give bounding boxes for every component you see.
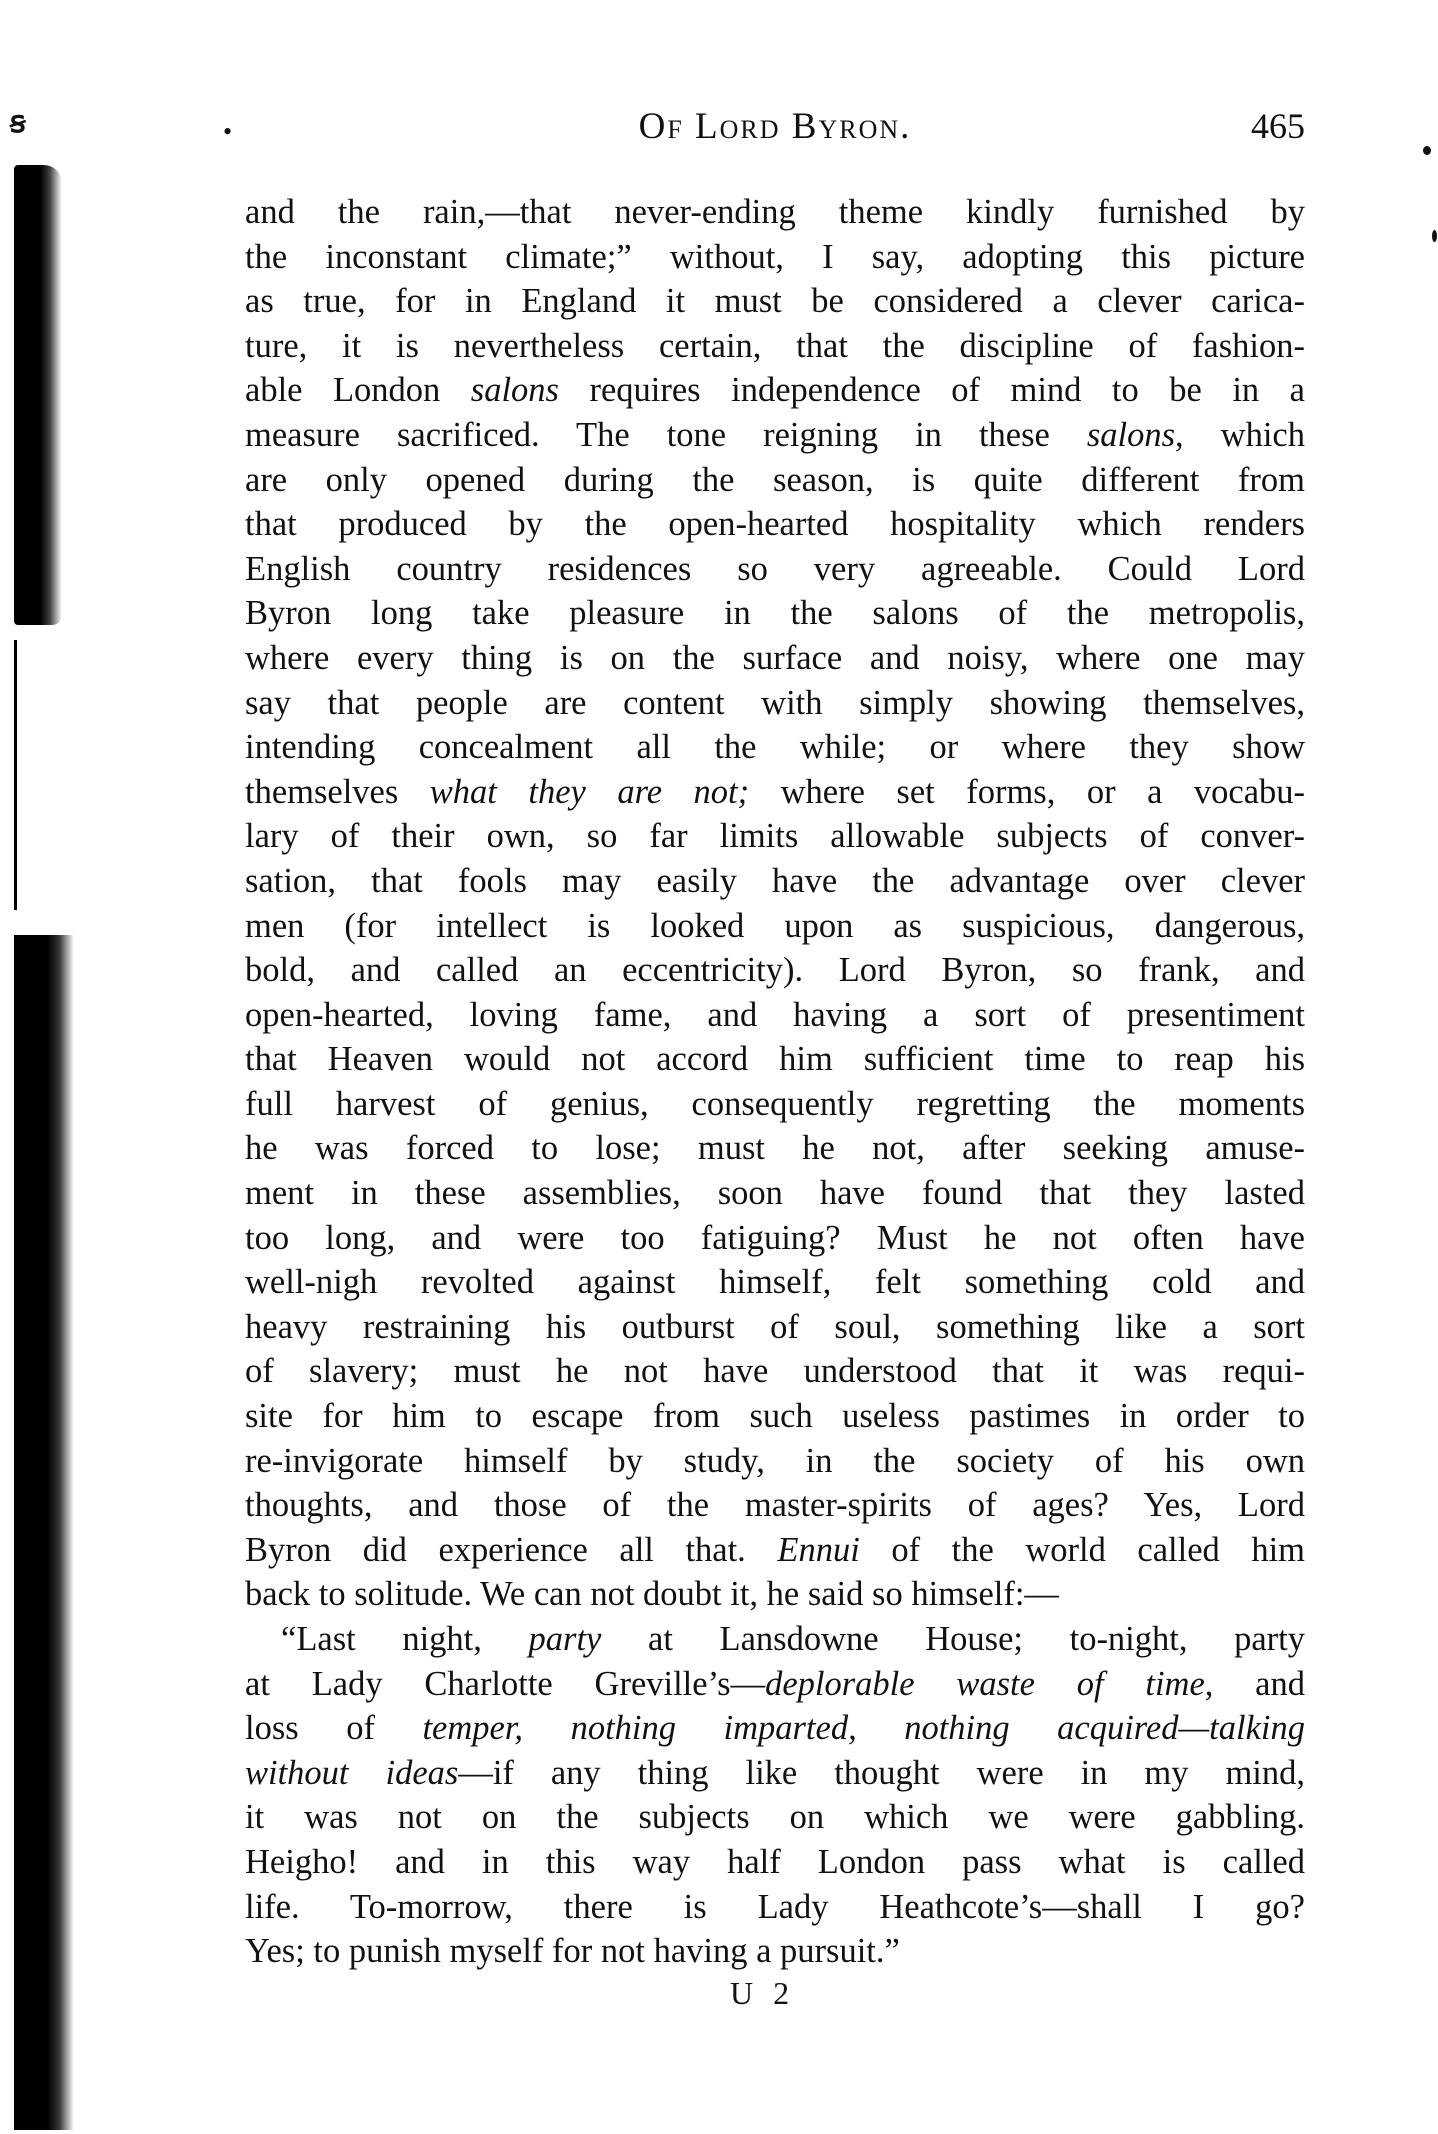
text-segment: sation, that fools may easily have the a… (245, 862, 1305, 900)
text-segment: are only opened during the season, is qu… (245, 461, 1305, 499)
italic-text: temper, nothing imparted, nothing acquir… (422, 1709, 1305, 1747)
binding-mark-glyph: ꞩ (10, 105, 26, 140)
text-line: sation, that fools may easily have the a… (245, 859, 1305, 904)
text-line: measure sacrificed. The tone reigning in… (245, 413, 1305, 458)
text-segment: open-hearted, loving fame, and having a … (245, 996, 1305, 1034)
text-line: re-invigorate himself by study, in the s… (245, 1439, 1305, 1484)
italic-text: salons (471, 371, 559, 409)
text-segment: able London (245, 371, 471, 409)
text-line: are only opened during the season, is qu… (245, 458, 1305, 503)
header-speck: • (223, 117, 232, 147)
text-line: where every thing is on the surface and … (245, 636, 1305, 681)
text-segment: he was forced to lose; must he not, afte… (245, 1129, 1305, 1167)
text-segment: bold, and called an eccentricity). Lord … (245, 951, 1305, 989)
text-line: men (for intellect is looked upon as sus… (245, 904, 1305, 949)
text-line: lary of their own, so far limits allowab… (245, 814, 1305, 859)
text-segment: English country residences so very agree… (245, 550, 1305, 588)
text-line: thoughts, and those of the master-spirit… (245, 1483, 1305, 1528)
text-segment: it was not on the subjects on which we w… (245, 1798, 1305, 1836)
text-segment: of slavery; must he not have understood … (245, 1352, 1305, 1390)
text-line: English country residences so very agree… (245, 547, 1305, 592)
italic-text: salons (1087, 416, 1175, 454)
text-line: site for him to escape from such useless… (245, 1394, 1305, 1439)
text-segment: re-invigorate himself by study, in the s… (245, 1442, 1305, 1480)
text-line: Byron did experience all that. Ennui of … (245, 1528, 1305, 1573)
text-line: too long, and were too fatiguing? Must h… (245, 1216, 1305, 1261)
text-line: open-hearted, loving fame, and having a … (245, 993, 1305, 1038)
text-line: intending concealment all the while; or … (245, 725, 1305, 770)
scan-binding-edge: ꞩ (14, 135, 74, 2130)
signature-mark: U 2 (730, 1975, 795, 2012)
text-segment: , which (1175, 416, 1305, 454)
italic-text: what they are not; (430, 773, 749, 811)
margin-speck (1423, 146, 1431, 155)
binding-shadow-bottom (14, 935, 74, 2130)
text-line: well-nigh revolted against himself, felt… (245, 1260, 1305, 1305)
text-segment: “Last night, (281, 1620, 529, 1658)
text-line: loss of temper, nothing imparted, nothin… (245, 1706, 1305, 1751)
text-segment: that produced by the open-hearted hospit… (245, 505, 1305, 543)
italic-text: party (529, 1620, 602, 1658)
text-segment: Heigho! and in this way half London pass… (245, 1843, 1305, 1881)
text-segment: lary of their own, so far limits allowab… (245, 817, 1305, 855)
text-segment: where set forms, or a vocabu- (749, 773, 1305, 811)
text-line: ment in these assemblies, soon have foun… (245, 1171, 1305, 1216)
text-line: Byron long take pleasure in the salons o… (245, 591, 1305, 636)
text-segment: and the rain,—that never-ending theme ki… (245, 193, 1305, 231)
italic-text: deplorable waste of time (765, 1665, 1205, 1703)
text-line: that produced by the open-hearted hospit… (245, 502, 1305, 547)
text-segment: ment in these assemblies, soon have foun… (245, 1174, 1305, 1212)
text-segment: men (for intellect is looked upon as sus… (245, 907, 1305, 945)
text-line: life. To-morrow, there is Lady Heathcote… (245, 1885, 1305, 1930)
text-line: that Heaven would not accord him suffici… (245, 1037, 1305, 1082)
text-line: at Lady Charlotte Greville’s—deplorable … (245, 1662, 1305, 1707)
text-segment: thoughts, and those of the master-spirit… (245, 1486, 1305, 1524)
text-line: he was forced to lose; must he not, afte… (245, 1126, 1305, 1171)
text-segment: Yes; to punish myself for not having a p… (245, 1932, 900, 1970)
text-segment: life. To-morrow, there is Lady Heathcote… (245, 1888, 1305, 1926)
page-number: 465 (1251, 105, 1305, 147)
text-segment: Byron did experience all that. (245, 1531, 777, 1569)
running-title: Of Lord Byron. (245, 105, 1305, 148)
text-line: without ideas—if any thing like thought … (245, 1751, 1305, 1796)
binding-shadow-top (14, 165, 62, 625)
text-segment: —if any thing like thought were in my mi… (458, 1754, 1305, 1792)
text-segment: where every thing is on the surface and … (245, 639, 1305, 677)
text-segment: well-nigh revolted against himself, felt… (245, 1263, 1305, 1301)
text-segment: , and (1205, 1665, 1305, 1703)
body-text: and the rain,—that never-ending theme ki… (245, 190, 1305, 1974)
text-line: the inconstant climate;” without, I say,… (245, 235, 1305, 280)
text-segment: measure sacrificed. The tone reigning in… (245, 416, 1087, 454)
text-segment: Byron long take pleasure in the salons o… (245, 594, 1305, 632)
margin-speck (1432, 230, 1437, 242)
book-page: ꞩ • Of Lord Byron. 465 and the rain,—tha… (0, 0, 1438, 2134)
text-segment: the inconstant climate;” without, I say,… (245, 238, 1305, 276)
text-segment: too long, and were too fatiguing? Must h… (245, 1219, 1305, 1257)
text-line: Heigho! and in this way half London pass… (245, 1840, 1305, 1885)
text-segment: loss of (245, 1709, 422, 1747)
text-segment: say that people are content with simply … (245, 684, 1305, 722)
text-line: themselves what they are not; where set … (245, 770, 1305, 815)
binding-edge-line (14, 640, 17, 910)
italic-text: Ennui (777, 1531, 859, 1569)
text-segment: back to solitude. We can not doubt it, h… (245, 1575, 1059, 1613)
text-segment: of the world called him (860, 1531, 1305, 1569)
italic-text: without ideas (245, 1754, 458, 1792)
page-header: • Of Lord Byron. 465 (245, 105, 1305, 155)
text-line: and the rain,—that never-ending theme ki… (245, 190, 1305, 235)
text-line: it was not on the subjects on which we w… (245, 1795, 1305, 1840)
text-line: Yes; to punish myself for not having a p… (245, 1929, 1305, 1974)
text-line: bold, and called an eccentricity). Lord … (245, 948, 1305, 993)
text-segment: at Lady Charlotte Greville’s— (245, 1665, 765, 1703)
text-line: full harvest of genius, consequently reg… (245, 1082, 1305, 1127)
text-line: ture, it is nevertheless certain, that t… (245, 324, 1305, 369)
text-segment: at Lansdowne House; to-night, party (601, 1620, 1305, 1658)
text-line: “Last night, party at Lansdowne House; t… (245, 1617, 1305, 1662)
text-segment: heavy restraining his outburst of soul, … (245, 1308, 1305, 1346)
text-segment: that Heaven would not accord him suffici… (245, 1040, 1305, 1078)
text-segment: full harvest of genius, consequently reg… (245, 1085, 1305, 1123)
text-line: back to solitude. We can not doubt it, h… (245, 1572, 1305, 1617)
text-line: heavy restraining his outburst of soul, … (245, 1305, 1305, 1350)
text-segment: themselves (245, 773, 430, 811)
text-segment: site for him to escape from such useless… (245, 1397, 1305, 1435)
text-line: of slavery; must he not have understood … (245, 1349, 1305, 1394)
text-segment: as true, for in England it must be consi… (245, 282, 1305, 320)
text-segment: requires independence of mind to be in a (559, 371, 1305, 409)
text-line: able London salons requires independence… (245, 368, 1305, 413)
text-line: say that people are content with simply … (245, 681, 1305, 726)
text-line: as true, for in England it must be consi… (245, 279, 1305, 324)
text-segment: ture, it is nevertheless certain, that t… (245, 327, 1305, 365)
text-segment: intending concealment all the while; or … (245, 728, 1305, 766)
